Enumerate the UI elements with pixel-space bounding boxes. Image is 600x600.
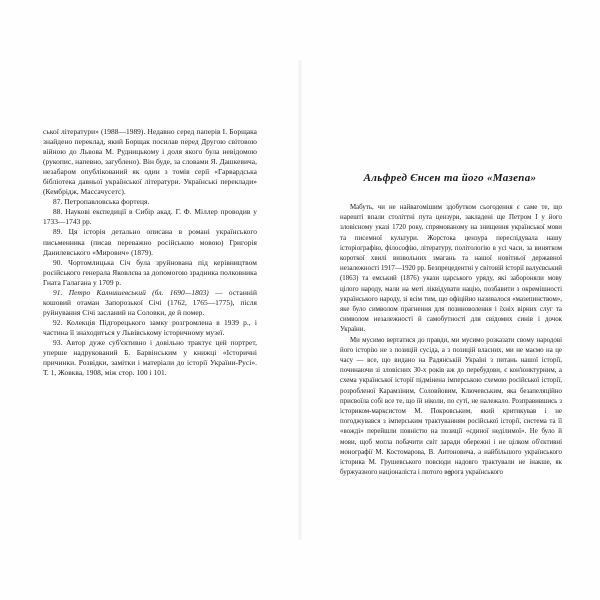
chapter-body: Мабуть, чи не найвагомішим здобутком сьо…: [340, 203, 562, 478]
endnote-90: 90. Чортомлицька Січ була зруйнована під…: [43, 258, 257, 288]
endnote-92: 92. Колекція Підгорецького замку розгром…: [43, 318, 257, 338]
page-number: 5: [440, 470, 460, 478]
paragraph: Мабуть, чи не найвагомішим здобутком сьо…: [340, 203, 562, 336]
endnote-93: 93. Автор дуже суб'єктивно і довільно тр…: [43, 338, 257, 378]
endnotes: ської літератури» (1988—1989). Недавно с…: [43, 127, 257, 378]
endnote-continuation: ської літератури» (1988—1989). Недавно с…: [43, 127, 257, 197]
endnote-88: 88. Наукові експедиції в Сибір акад. Г. …: [43, 207, 257, 227]
left-page: ської літератури» (1988—1989). Недавно с…: [0, 0, 300, 600]
endnote-87: 87. Петропавловська фортеця.: [43, 197, 257, 207]
book-spread: ської літератури» (1988—1989). Недавно с…: [0, 0, 600, 600]
endnote-91: 91. Петро Калнишевський (бл. 1690—1803) …: [43, 288, 257, 318]
paragraph: Ми мусимо вертатися до правди, ми мусимо…: [340, 336, 562, 479]
chapter-title: Альфред Єнсен та його «Мазепа»: [300, 172, 600, 184]
endnote-89: 89. Ця історія детально описана в романі…: [43, 227, 257, 257]
endnote-91-name: 91. Петро Калнишевський (бл. 1690—1803): [53, 288, 209, 297]
